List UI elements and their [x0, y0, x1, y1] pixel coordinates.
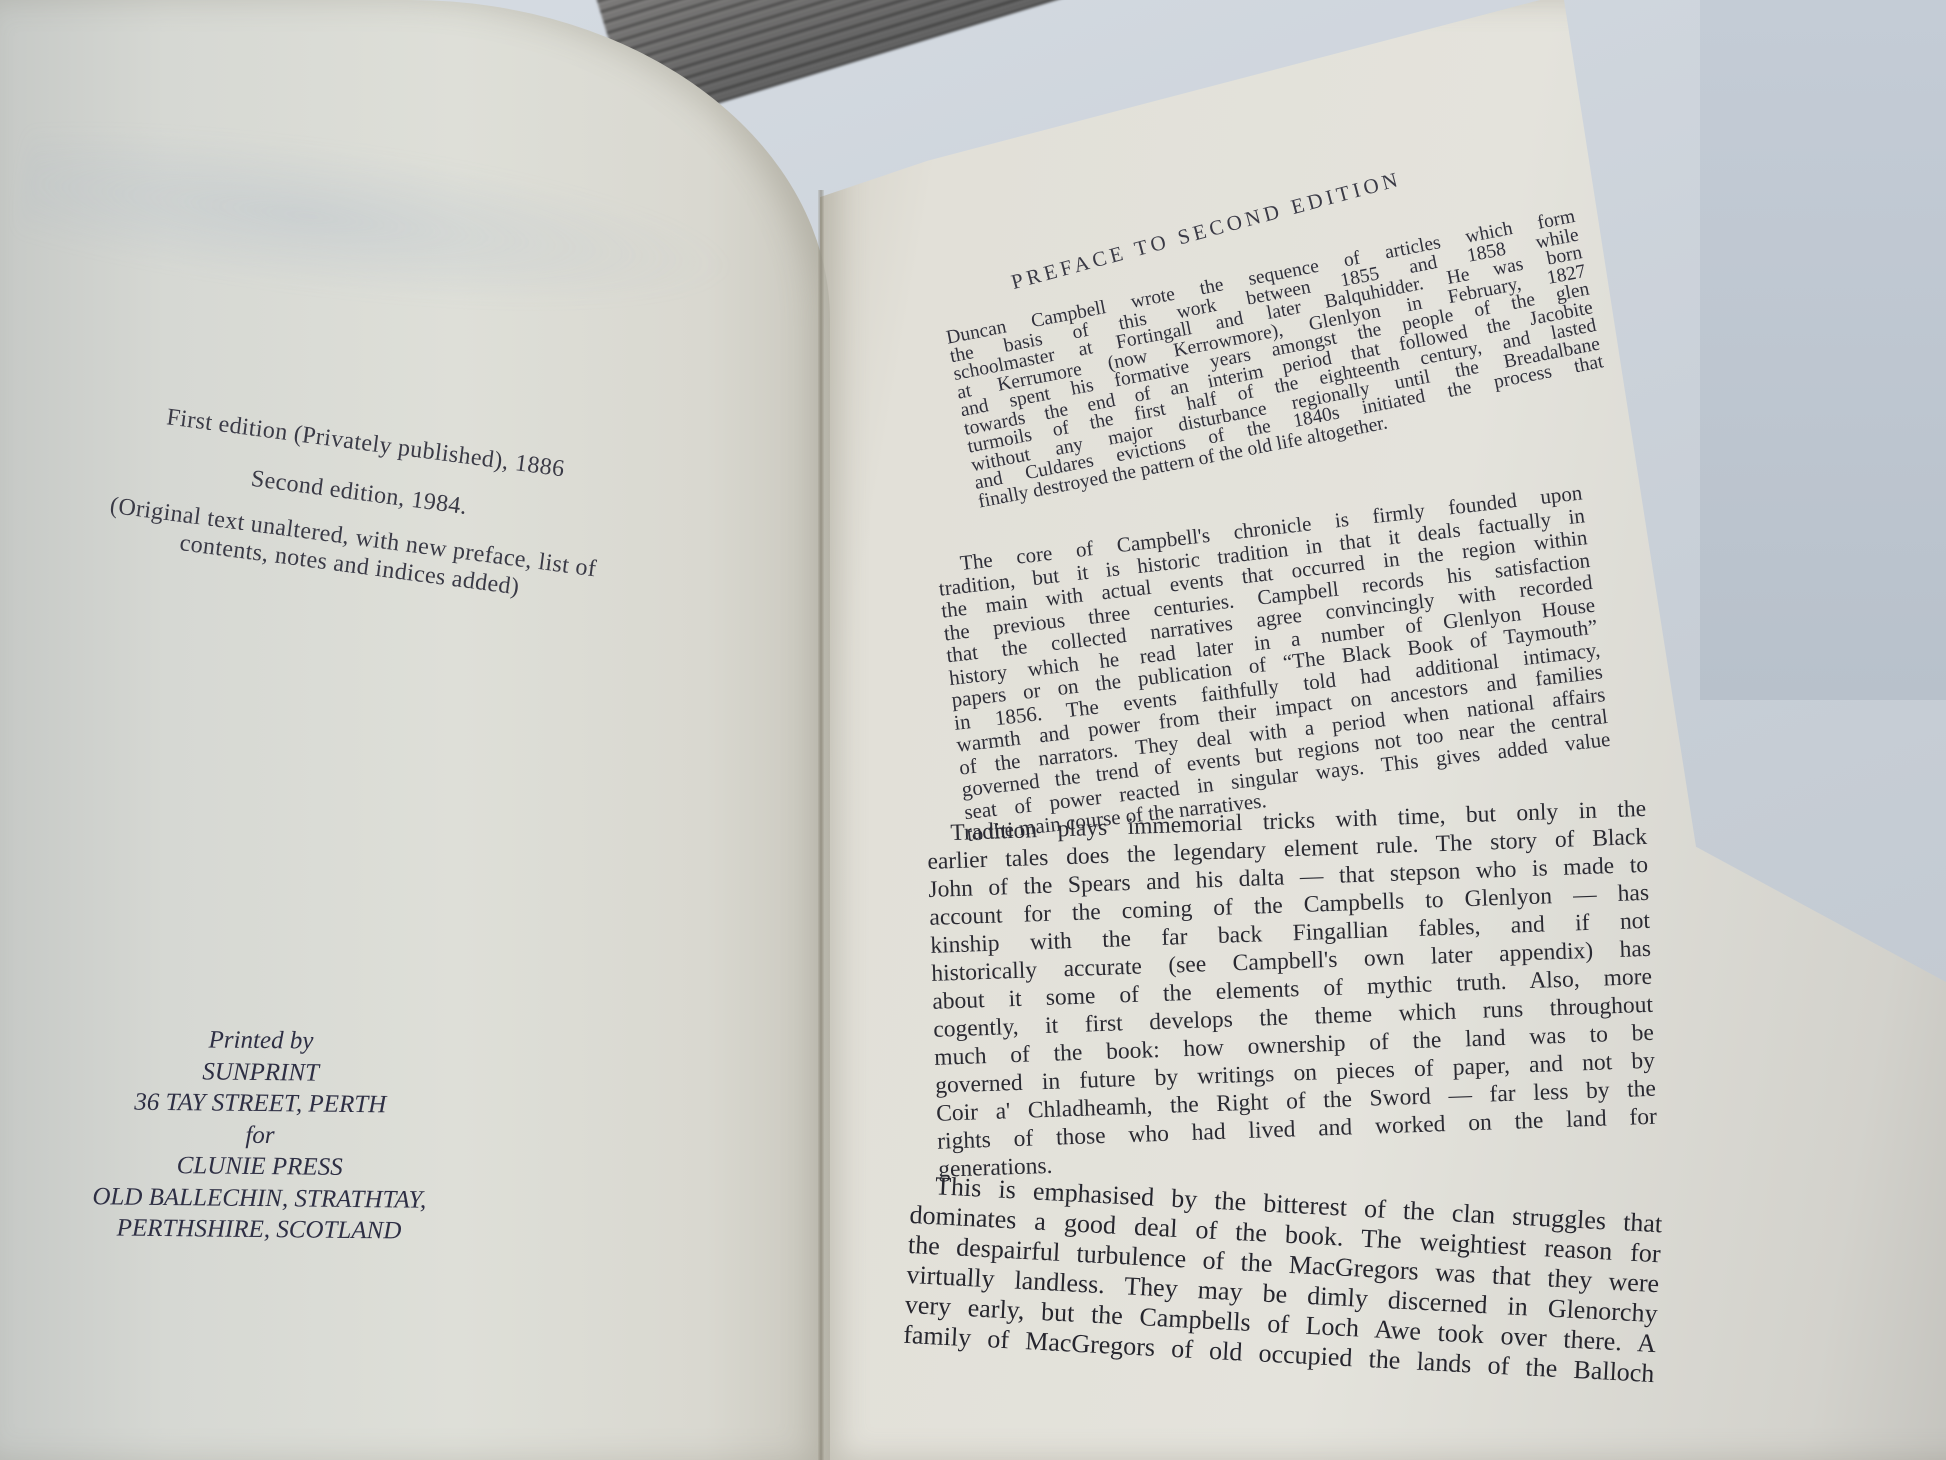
printer-info: Printed by SUNPRINT 36 TAY STREET, PERTH… — [39, 1023, 481, 1248]
book-gutter — [818, 190, 824, 1460]
printer-line: CLUNIE PRESS — [40, 1149, 480, 1185]
printer-line: Printed by — [41, 1023, 481, 1059]
printer-line: 36 TAY STREET, PERTH — [40, 1086, 480, 1122]
photo-scene: First edition (Privately published), 188… — [0, 0, 1946, 1460]
printer-line: PERTHSHIRE, SCOTLAND — [39, 1212, 479, 1248]
printer-line: for — [40, 1117, 480, 1153]
table-surface — [1700, 0, 1946, 700]
printer-line: OLD BALLECHIN, STRATHTAY, — [39, 1180, 479, 1216]
preface-paragraph-3: Tradition plays immemorial tricks with t… — [926, 795, 1658, 1184]
ink-show-through — [14, 107, 747, 344]
printer-line: SUNPRINT — [41, 1054, 481, 1090]
